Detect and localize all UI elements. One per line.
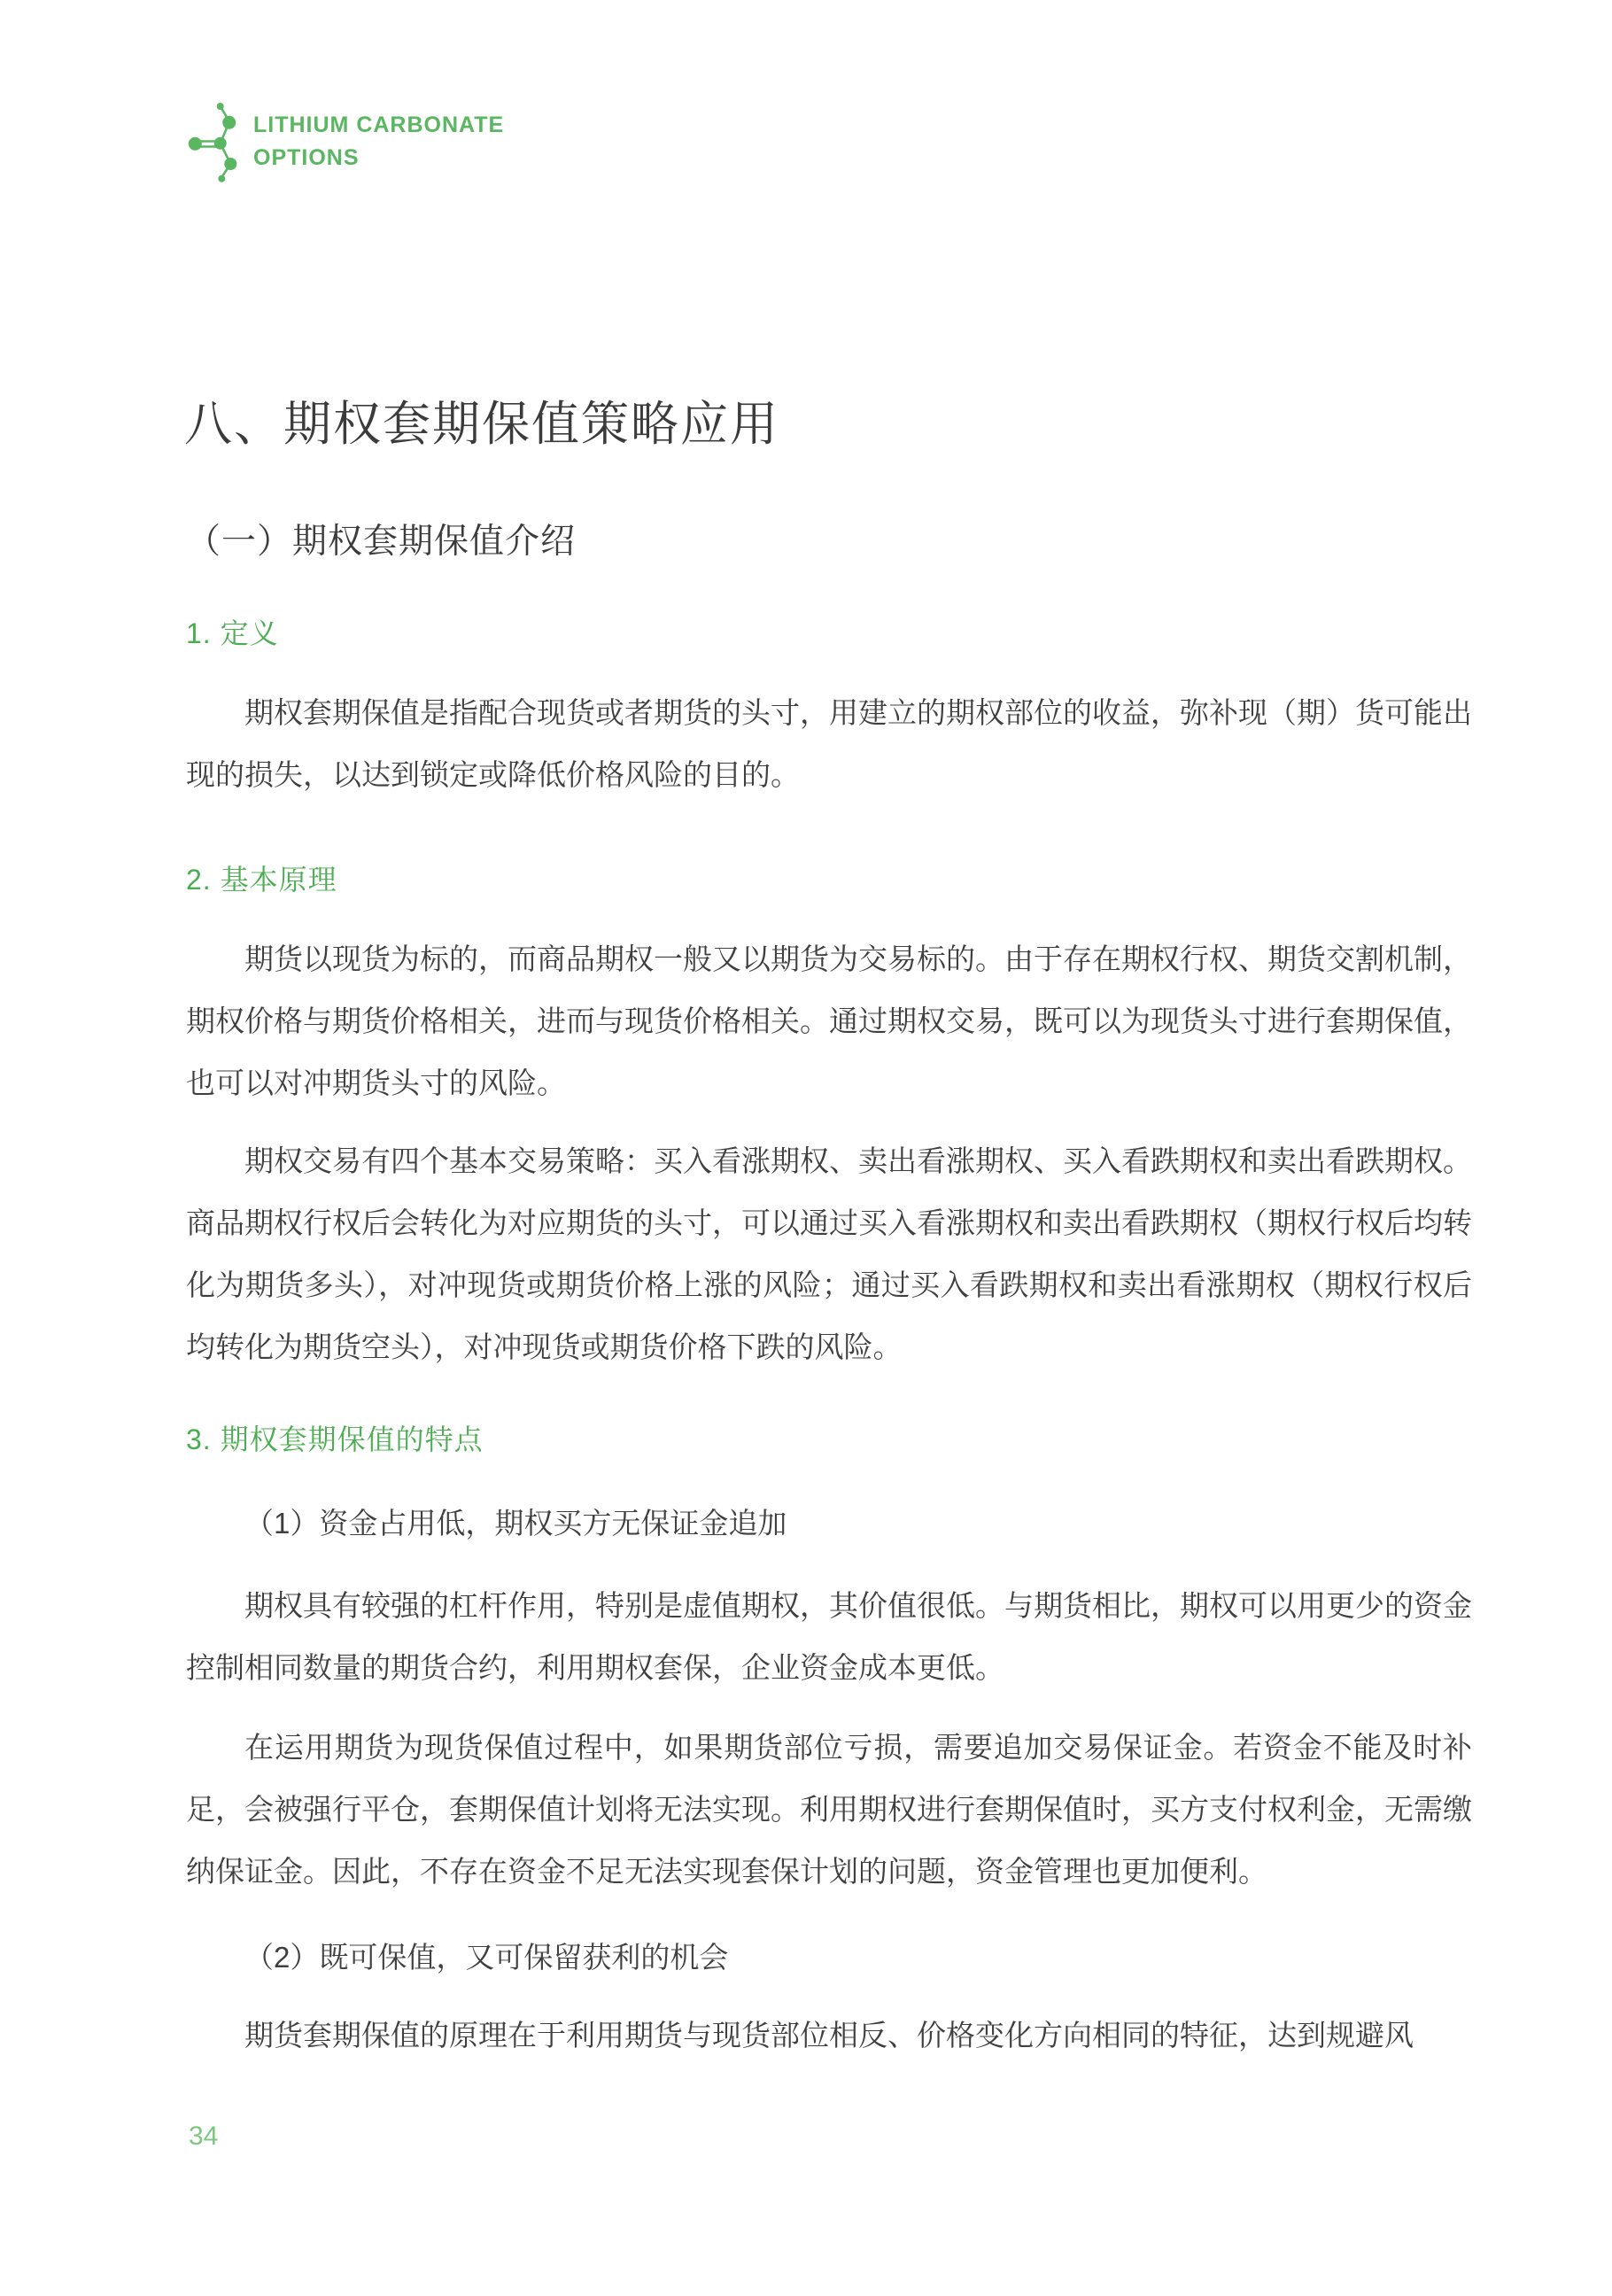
paragraph-principle-2: 期权交易有四个基本交易策略：买入看涨期权、卖出看涨期权、买入看跌期权和卖出看跌期… [186,1130,1472,1378]
paragraph-item1-1: 期权具有较强的杠杆作用，特别是虚值期权，其价值很低。与期货相比，期权可以用更少的… [186,1575,1472,1699]
paragraph-principle-1: 期货以现货为标的，而商品期权一般又以期货为交易标的。由于存在期权行权、期货交割机… [186,928,1472,1114]
document-page: LITHIUM CARBONATE OPTIONS 八、期权套期保值策略应用 （… [0,0,1612,2296]
heading-definition: 1. 定义 [186,611,279,652]
paragraph-item2-1: 期货套期保值的原理在于利用期货与现货部位相反、价格变化方向相同的特征，达到规避风 [186,2005,1472,2067]
page-number: 34 [189,2121,218,2152]
section-subtitle: （一）期权套期保值介绍 [186,514,576,563]
page-title: 八、期权套期保值策略应用 [184,386,779,454]
molecule-icon [186,99,241,184]
subheading-item-2: （2）既可保值，又可保留获利的机会 [186,1927,1472,1989]
heading-characteristics: 3. 期权套期保值的特点 [186,1417,484,1458]
logo-text-line2: OPTIONS [253,142,504,175]
logo-text: LITHIUM CARBONATE OPTIONS [253,109,504,175]
subheading-item-1: （1）资金占用低，期权买方无保证金追加 [186,1493,1472,1555]
logo-text-line1: LITHIUM CARBONATE [253,109,504,142]
paragraph-item1-2: 在运用期货为现货保值过程中，如果期货部位亏损，需要追加交易保证金。若资金不能及时… [186,1717,1472,1903]
heading-basic-principle: 2. 基本原理 [186,857,337,898]
logo: LITHIUM CARBONATE OPTIONS [186,99,504,184]
paragraph-definition: 期权套期保值是指配合现货或者期货的头寸，用建立的期权部位的收益，弥补现（期）货可… [186,682,1472,806]
